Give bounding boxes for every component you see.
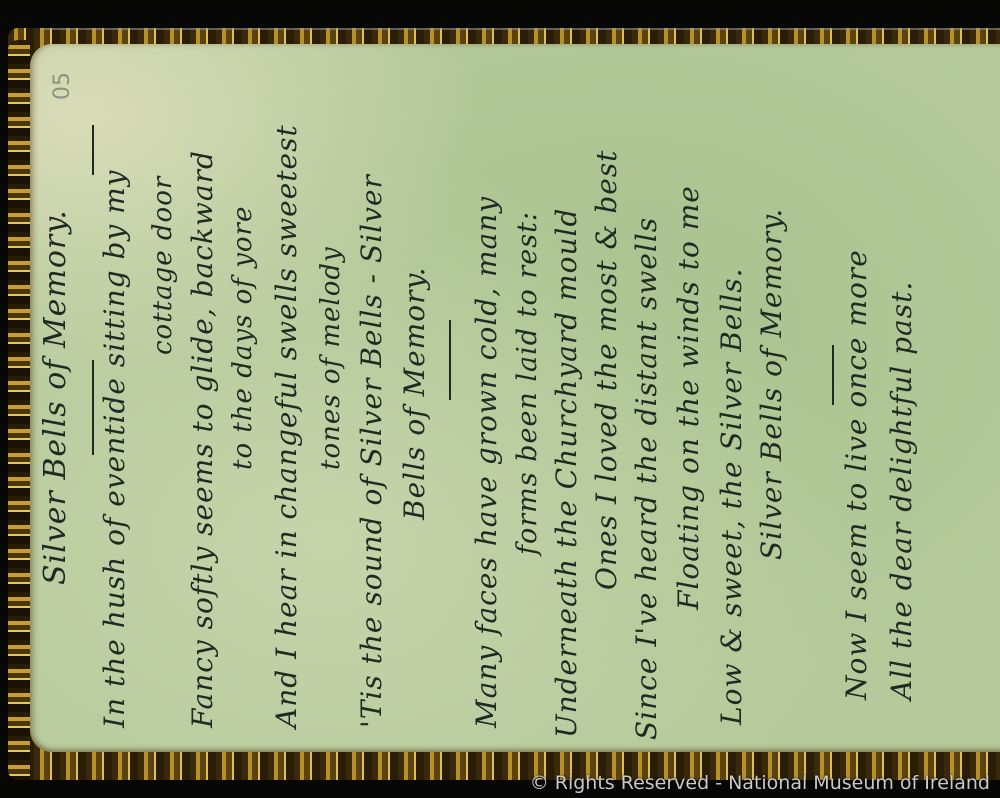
poem-line: forms been laid to rest: — [512, 211, 543, 555]
poem-line: cottage door — [148, 176, 178, 355]
page-number-mark: 05 — [50, 72, 75, 100]
poem-line: Silver Bells of Memory. — [755, 208, 788, 560]
poem-line: Ones I loved the most & best — [590, 150, 623, 590]
poem-line: And I hear in changeful swells sweetest — [270, 124, 303, 728]
poem-title: Silver Bells of Memory. — [38, 209, 73, 585]
poem-line: tones of melody — [316, 246, 346, 470]
page-edge-highlight — [40, 28, 1000, 30]
poem-line: Many faces have grown cold, many — [470, 196, 503, 728]
title-underline-right — [92, 125, 94, 175]
poem-line: Since I've heard the distant swells — [630, 217, 663, 740]
gilt-binding-spine — [8, 40, 30, 780]
poem-line: Now I seem to live once more — [840, 249, 873, 700]
title-underline-left — [92, 360, 94, 455]
poem-line: All the dear delightful past. — [885, 281, 918, 700]
poem-line: Floating on the winds to me — [672, 185, 705, 610]
stanza-divider — [832, 345, 834, 405]
poem-line: to the days of yore — [228, 206, 258, 470]
copyright-watermark: © Rights Reserved - National Museum of I… — [530, 772, 990, 794]
poem-line: In the hush of eventide sitting by my — [98, 170, 131, 729]
poem-line: Underneath the Churchyard mould — [550, 208, 583, 738]
poem-line: Bells of Memory. — [398, 267, 431, 520]
poem-line: 'Tis the sound of Silver Bells - Silver — [355, 174, 388, 728]
poem-line: Low & sweet, the Silver Bells. — [715, 267, 748, 725]
poem-line: Fancy softly seems to glide, backward — [186, 150, 219, 728]
stanza-divider — [449, 320, 451, 400]
